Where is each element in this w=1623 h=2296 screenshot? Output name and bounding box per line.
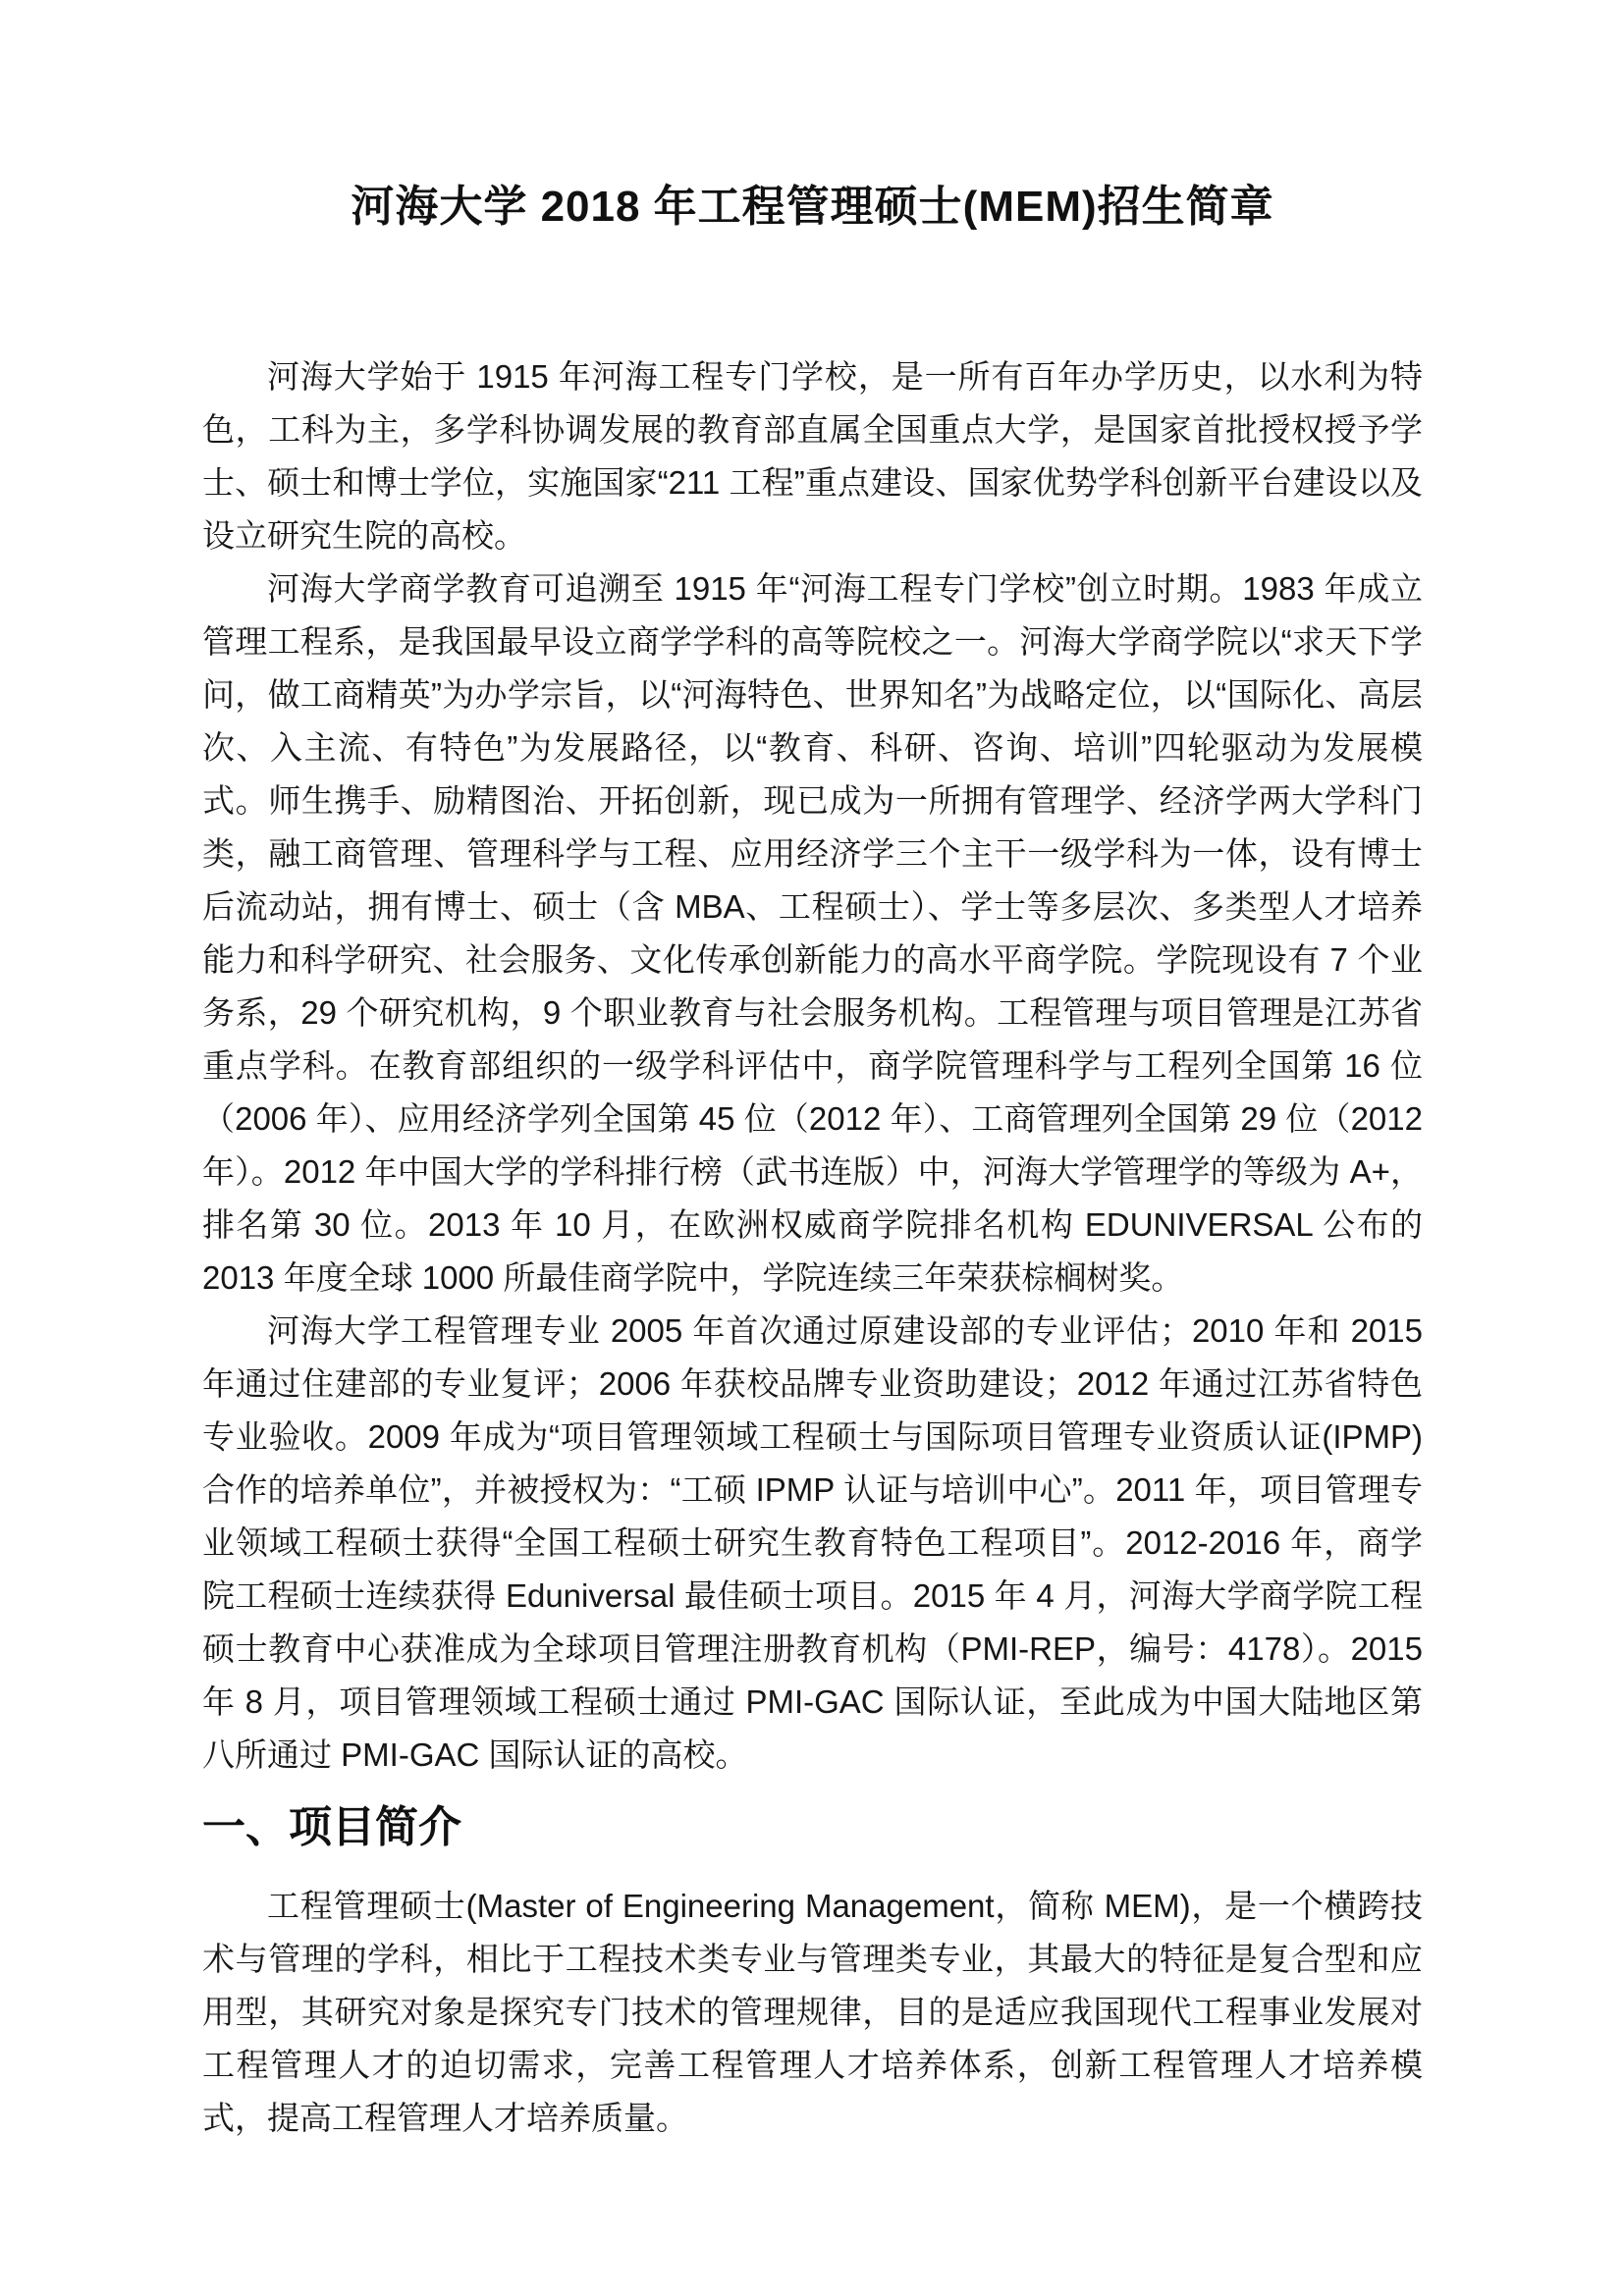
- intro-paragraph-1: 河海大学始于 1915 年河海工程专门学校，是一所有百年办学历史，以水利为特色，…: [202, 350, 1423, 562]
- document-page: 河海大学 2018 年工程管理硕士(MEM)招生简章 河海大学始于 1915 年…: [0, 0, 1623, 2296]
- section-1-paragraph-1: 工程管理硕士(Master of Engineering Management，…: [202, 1880, 1423, 2145]
- section-heading-project-intro: 一、项目简介: [202, 1797, 1423, 1858]
- intro-paragraph-3: 河海大学工程管理专业 2005 年首次通过原建设部的专业评估；2010 年和 2…: [202, 1305, 1423, 1782]
- intro-paragraph-2: 河海大学商学教育可追溯至 1915 年“河海工程专门学校”创立时期。1983 年…: [202, 562, 1423, 1305]
- page-title: 河海大学 2018 年工程管理硕士(MEM)招生简章: [202, 177, 1423, 238]
